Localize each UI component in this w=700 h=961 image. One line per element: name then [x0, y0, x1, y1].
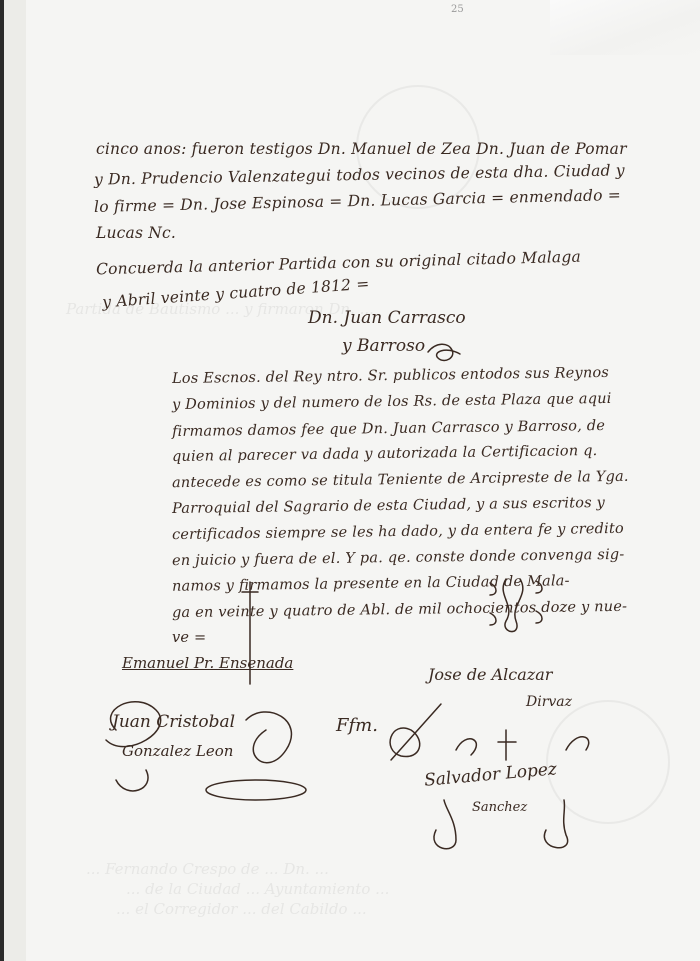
signature-center: Ffm. — [336, 715, 378, 736]
signature-parish-priest-line2: y Barroso — [342, 336, 425, 356]
signature-parish-priest-line1: Dn. Juan Carrasco — [308, 308, 466, 328]
text-line: certificados siempre se les ha dado, y d… — [172, 521, 624, 543]
text-line: y Dominios y del numero de los Rs. de es… — [172, 391, 612, 413]
rubric-flourish-icon — [426, 340, 466, 370]
signature-right-top-line2: Dirvaz — [526, 694, 572, 710]
text-line: firmamos damos fee que Dn. Juan Carrasco… — [172, 418, 605, 440]
scan-margin — [4, 0, 26, 961]
bleed-through-text: ... Fernando Crespo de ... Dn. ... — [86, 860, 329, 878]
text-line: Los Escnos. del Rey ntro. Sr. publicos e… — [172, 365, 609, 387]
text-line: Parroquial del Sagrario de esta Ciudad, … — [172, 495, 605, 517]
text-line: ve = — [172, 630, 206, 646]
bleed-through-text: ... el Corregidor ... del Cabildo ... — [116, 900, 367, 918]
text-line: y Dn. Prudencio Valenzategui todos vecin… — [94, 161, 625, 188]
text-line: cinco anos: fueron testigos Dn. Manuel d… — [96, 140, 627, 158]
bleed-through-text: ... de la Ciudad ... Ayuntamiento ... — [126, 880, 389, 898]
text-line: lo firme = Dn. Jose Espinosa = Dn. Lucas… — [94, 186, 621, 216]
text-line: antecede es como se titula Teniente de A… — [172, 469, 629, 491]
text-line: Concuerda la anterior Partida con su ori… — [96, 248, 581, 279]
signature-right-top-line1: Jose de Alcazar — [428, 665, 552, 684]
text-line: quien al parecer va dada y autorizada la… — [172, 443, 598, 465]
signature-rubric-icon — [96, 690, 336, 810]
signature-rubric-icon — [416, 720, 616, 860]
manuscript-page: 25 Partida de Bautismo ... y firmaron Dn… — [26, 0, 700, 961]
page-corner-fold — [550, 0, 700, 55]
text-line: Lucas Nc. — [96, 224, 176, 242]
corner-mark: 25 — [451, 4, 464, 15]
notary-sign-knot-icon — [486, 575, 566, 655]
signature-left-top: Emanuel Pr. Ensenada — [122, 654, 293, 672]
text-line: en juicio y fuera de el. Y pa. qe. const… — [172, 547, 625, 569]
